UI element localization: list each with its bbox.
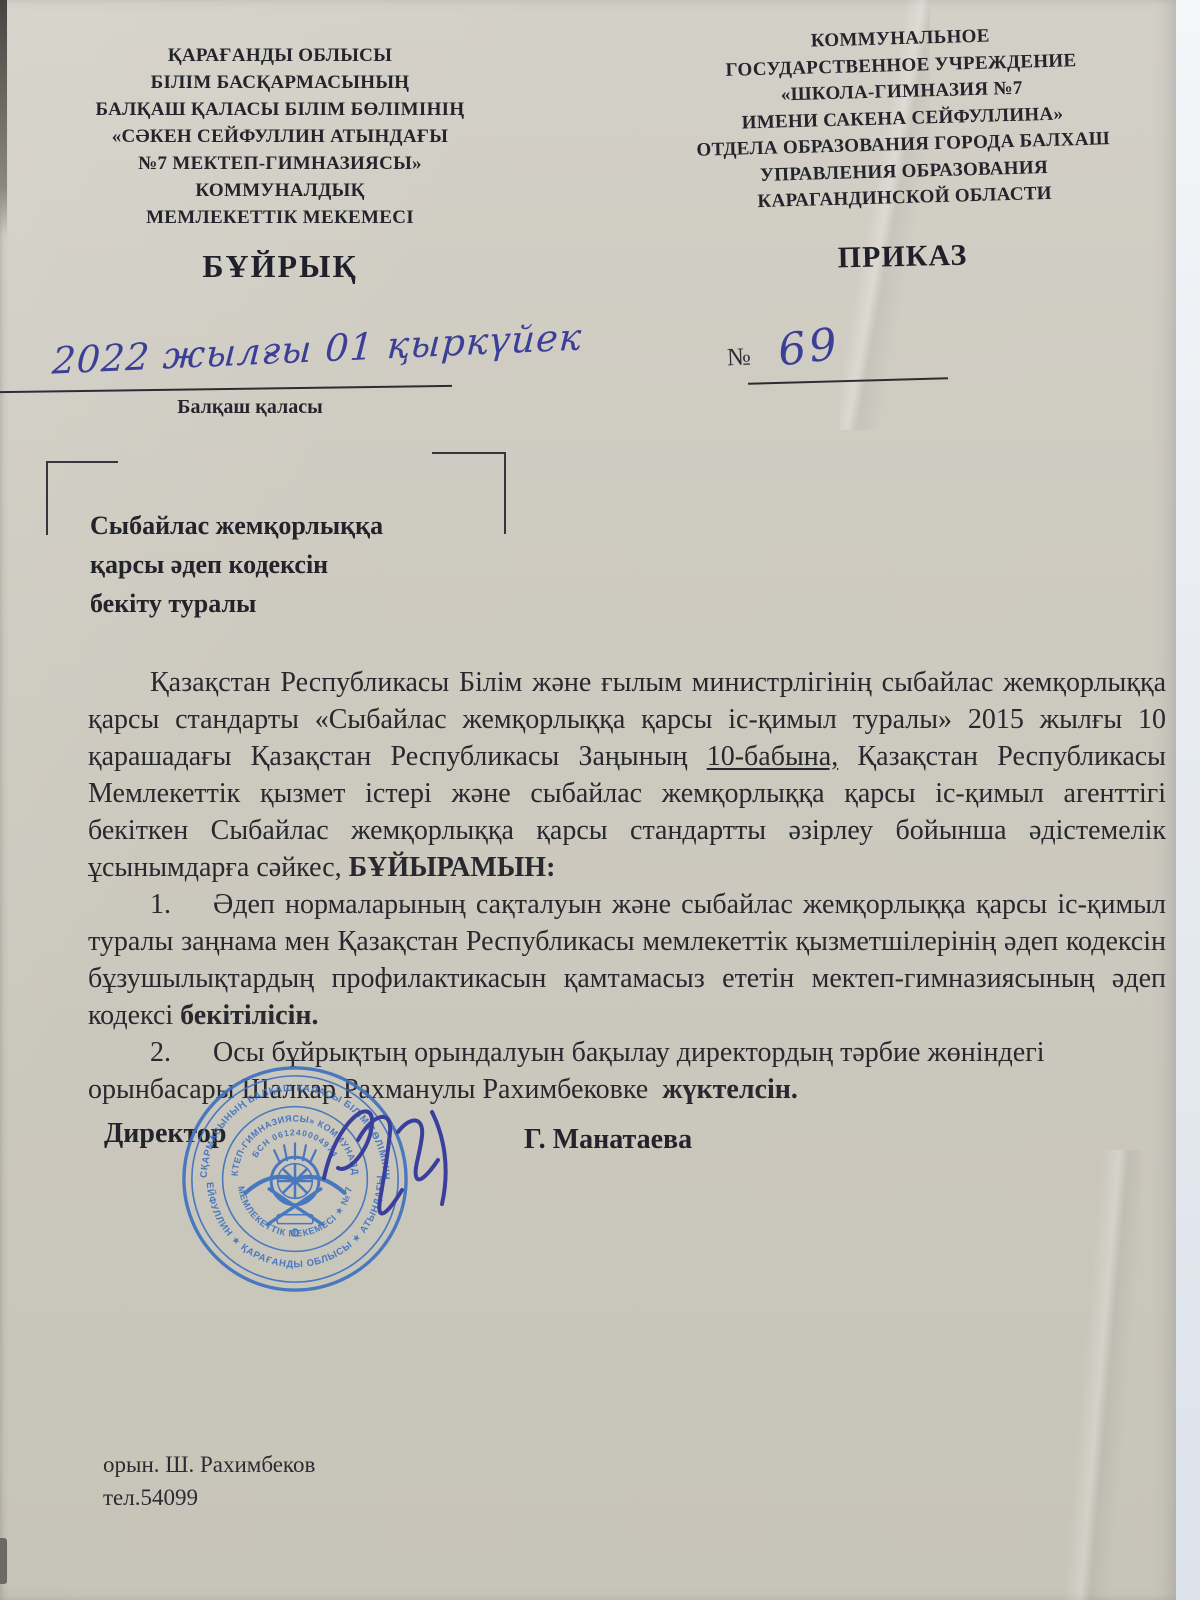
- city-label: Балқаш қаласы: [60, 396, 440, 419]
- executor-phone: тел.54099: [103, 1481, 315, 1514]
- order-body: Қазақстан Республикасы Білім және ғылым …: [88, 664, 1166, 1108]
- letterhead-line: БІЛІМ БАСҚАРМАСЫНЫҢ: [70, 69, 490, 96]
- subject-line: Сыбайлас жемқорлыққа: [90, 506, 550, 545]
- letterhead-line: МЕМЛЕКЕТТІК МЕКЕМЕСІ: [70, 204, 490, 231]
- order-verb: БҰЙЫРАМЫН:: [349, 852, 556, 883]
- photo-edge-shadow-bottom: [0, 1538, 7, 1584]
- law-article-reference: 10-бабына,: [707, 741, 838, 772]
- photo-background-edge: [1176, 0, 1200, 1600]
- letterhead-line: БАЛҚАШ ҚАЛАСЫ БІЛІМ БӨЛІМІНІҢ: [70, 96, 490, 123]
- executor-block: орын. Ш. Рахимбеков тел.54099: [103, 1448, 315, 1514]
- letterhead-kazakh: ҚАРАҒАНДЫ ОБЛЫСЫ БІЛІМ БАСҚАРМАСЫНЫҢ БАЛ…: [70, 42, 490, 231]
- paper-crease: [1060, 1150, 1140, 1600]
- letterhead-line: №7 МЕКТЕП-ГИМНАЗИЯСЫ»: [70, 150, 490, 177]
- handwritten-order-number: 69: [775, 318, 843, 376]
- letterhead-russian: КОММУНАЛЬНОЕ ГОСУДАРСТВЕННОЕ УЧРЕЖДЕНИЕ …: [643, 19, 1163, 219]
- letterhead-line: ҚАРАҒАНДЫ ОБЛЫСЫ: [70, 42, 490, 69]
- photo-edge-shadow-top: [0, 0, 7, 235]
- item-number: 1.: [150, 889, 171, 920]
- signatory-name: Г. Манатаева: [524, 1124, 692, 1156]
- director-signature: [312, 1076, 472, 1246]
- letterhead-line: КОММУНАЛДЫҚ: [70, 177, 490, 204]
- order-title-kazakh: БҰЙРЫҚ: [70, 248, 490, 285]
- document-photo: ҚАРАҒАНДЫ ОБЛЫСЫ БІЛІМ БАСҚАРМАСЫНЫҢ БАЛ…: [0, 0, 1200, 1600]
- letterhead-line: «СӘКЕН СЕЙФУЛЛИН АТЫНДАҒЫ: [70, 123, 490, 150]
- executor-name: орын. Ш. Рахимбеков: [103, 1448, 315, 1481]
- subject-line: қарсы әдеп кодексін: [90, 545, 550, 584]
- item-resolution: жүктелсін.: [662, 1074, 798, 1105]
- item-resolution: бекітілісін.: [180, 1000, 318, 1031]
- order-number-label: №: [727, 344, 752, 373]
- order-subject: Сыбайлас жемқорлыққа қарсы әдеп кодексін…: [90, 506, 550, 623]
- order-item-1: 1.Әдеп нормаларының сақталуын және сыбай…: [88, 886, 1166, 1034]
- subject-line: бекіту туралы: [90, 584, 550, 623]
- preamble-paragraph: Қазақстан Республикасы Білім және ғылым …: [88, 664, 1166, 886]
- item-number: 2.: [150, 1037, 171, 1068]
